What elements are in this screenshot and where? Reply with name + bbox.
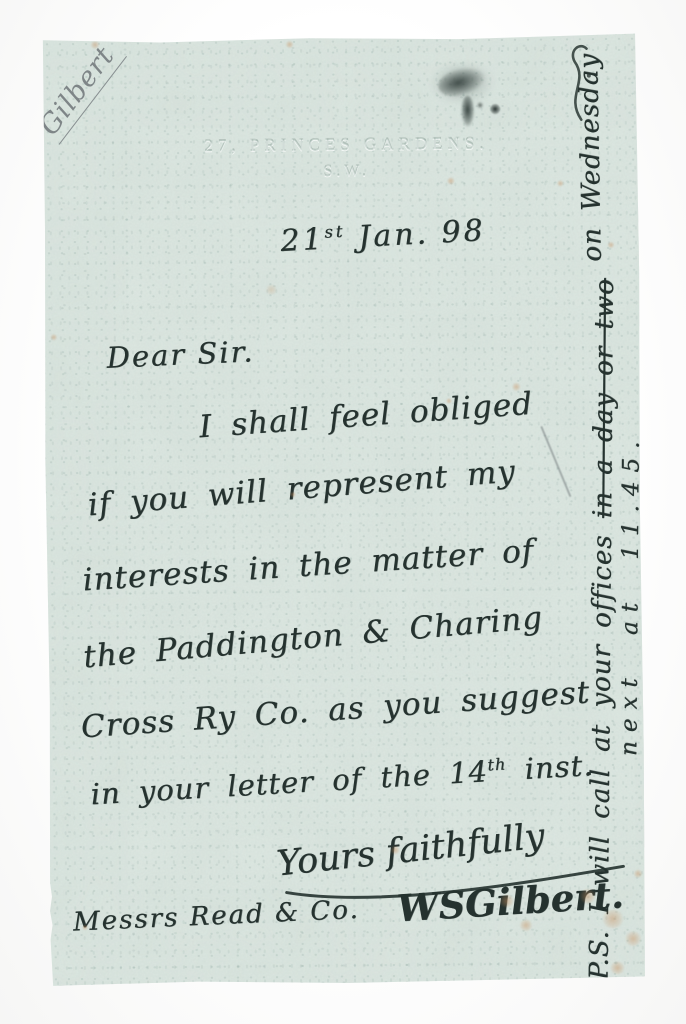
letter-paper: 27, PRINCES GARDENS. S.W. Gilbert 21st J… xyxy=(40,33,646,987)
foxing-spot xyxy=(446,398,452,404)
foxing-spot xyxy=(285,40,293,48)
foxing-spot xyxy=(601,909,625,928)
letterhead-address: 27, PRINCES GARDENS. xyxy=(181,134,511,154)
letter-body-line: interests in the matter of xyxy=(81,533,535,599)
foxing-spot xyxy=(609,961,625,974)
pencil-stroke xyxy=(541,426,572,497)
letter-body-line: I shall feel obliged xyxy=(198,386,534,446)
foxing-spot xyxy=(633,869,642,878)
closing: Yours faithfully xyxy=(275,816,547,884)
postscript-vertical: P.S. I will call at your offices in a da… xyxy=(586,80,649,980)
foxing-spot xyxy=(512,382,521,391)
embossed-letterhead: 27, PRINCES GARDENS. S.W. xyxy=(181,134,511,181)
foxing-spot xyxy=(50,334,57,341)
body-line-text: in your letter of the 14 xyxy=(90,754,489,811)
date-rest: Jan. 98 xyxy=(345,213,487,255)
foxing-spot xyxy=(579,889,597,904)
foxing-spot xyxy=(447,177,455,185)
foxing-spot xyxy=(390,845,400,854)
ink-smudge xyxy=(477,102,483,109)
letter-body-line: in your letter of the 14th inst. xyxy=(90,748,595,811)
ink-smudge xyxy=(490,103,500,114)
letterhead-district: S.W. xyxy=(182,162,512,181)
foxing-spot xyxy=(557,180,564,187)
foxing-spot xyxy=(265,285,278,295)
foxing-spot xyxy=(499,894,515,907)
foxing-spot xyxy=(624,931,642,946)
foxing-spot xyxy=(82,924,88,930)
ink-smudge xyxy=(461,96,474,127)
struck-text: in a day or two xyxy=(588,278,620,518)
letter-body-line: if you will represent my xyxy=(87,453,517,523)
salutation: Dear Sir. xyxy=(106,334,255,375)
foxing-spot xyxy=(90,40,99,49)
letter-body-line: Cross Ry Co. as you suggest xyxy=(80,674,591,745)
body-line-text: inst. xyxy=(505,748,594,787)
pencil-owner-annotation: Gilbert xyxy=(32,36,126,145)
foxing-spot xyxy=(290,491,296,497)
letter-date: 21st Jan. 98 xyxy=(280,213,487,259)
inserted-text: on Wednesday xyxy=(575,53,608,262)
date-day: 21 xyxy=(280,222,326,259)
ordinal-suffix: th xyxy=(487,754,507,774)
foxing-spot xyxy=(519,919,533,931)
recipient-line: Messrs Read & Co. xyxy=(72,895,360,938)
foxing-spot xyxy=(607,241,614,248)
date-ordinal: st xyxy=(324,222,346,242)
photo-background: 27, PRINCES GARDENS. S.W. Gilbert 21st J… xyxy=(0,0,686,1024)
letter-body-line: the Paddington & Charing xyxy=(82,600,544,676)
